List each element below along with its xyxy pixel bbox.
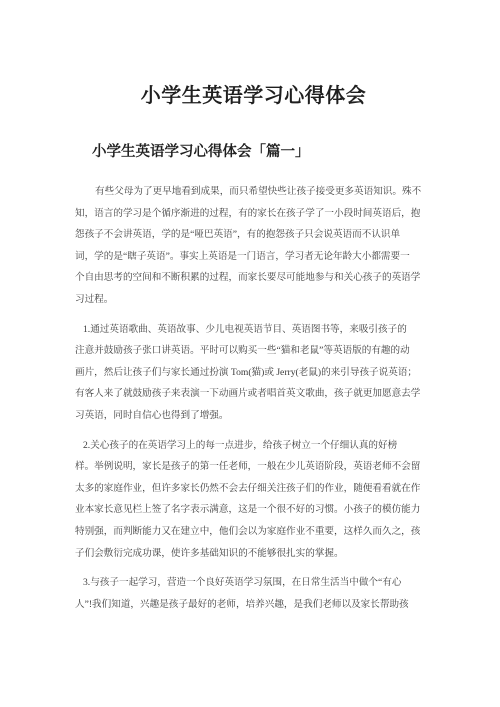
text-line: 习英语，同时自信心也得到了增强。	[75, 405, 432, 427]
text-line: 有客人来了就鼓励孩子来表演一下动画片或者唱首英文歌曲，孩子就更加愿意去学	[75, 383, 432, 405]
text-line: 业本家长意见栏上签了名字表示满意，这是一个很不好的习惯。小孩子的模仿能力	[75, 499, 432, 521]
text-line: 注意并鼓励孩子张口讲英语。平时可以购买一些“猫和老鼠”等英语版的有趣的动	[75, 340, 432, 362]
text-line: 特别强，而判断能力又在建立中，他们会以为家庭作业不重要，这样久而久之，孩	[75, 521, 432, 543]
text-line: 太多的家庭作业，但许多家长仍然不会去仔细关注孩子们的作业，随便看看就在作	[75, 478, 432, 500]
text-line: 知，语言的学习是个循序渐进的过程，有的家长在孩子学了一小段时间英语后，抱	[75, 203, 432, 225]
paragraph-point-3: 3.与孩子一起学习，营造一个良好英语学习氛围，在日常生活当中做个“有心 人”!我…	[75, 572, 432, 615]
text-line: 怨孩子不会讲英语，学的是“哑巴英语”，有的抱怨孩子只会说英语而不认识单	[75, 224, 432, 246]
text-line: 1.通过英语歌曲、英语故事、少儿电视英语节目、英语图书等，来吸引孩子的	[75, 319, 432, 341]
text-line: 个自由思考的空间和不断积累的过程，而家长要尽可能地参与和关心孩子的英语学	[75, 267, 432, 289]
text-line: 画片，然后让孩子们与家长通过扮演 Tom(猫)或 Jerry(老鼠)的来引导孩子…	[75, 362, 432, 384]
page-content: 小学生英语学习心得体会 小学生英语学习心得体会「篇一」 有些父母为了更早地看到成…	[75, 84, 432, 623]
page-title: 小学生英语学习心得体会	[75, 84, 432, 108]
section-heading: 小学生英语学习心得体会「篇一」	[92, 143, 432, 161]
text-line: 词，学的是“瞎子英语”。事实上英语是一门语言，学习者无论年龄大小都需要一	[75, 246, 432, 268]
text-line: 人”!我们知道，兴趣是孩子最好的老师，培养兴趣，是我们老师以及家长帮助孩	[75, 594, 432, 616]
paragraph-intro: 有些父母为了更早地看到成果，而只希望快些让孩子接受更多英语知识。殊不 知，语言的…	[75, 181, 432, 311]
text-line: 2.关心孩子的在英语学习上的每一点进步，给孩子树立一个仔细认真的好榜	[75, 435, 432, 457]
text-line: 习过程。	[75, 289, 432, 311]
text-line: 有些父母为了更早地看到成果，而只希望快些让孩子接受更多英语知识。殊不	[75, 181, 432, 203]
document-body: 有些父母为了更早地看到成果，而只希望快些让孩子接受更多英语知识。殊不 知，语言的…	[75, 181, 432, 615]
text-line: 3.与孩子一起学习，营造一个良好英语学习氛围，在日常生活当中做个“有心	[75, 572, 432, 594]
document-page: 小学生英语学习心得体会 小学生英语学习心得体会「篇一」 有些父母为了更早地看到成…	[0, 0, 500, 707]
text-line: 子们会敷衍完成功课，使许多基础知识的不能够很扎实的掌握。	[75, 543, 432, 565]
paragraph-point-2: 2.关心孩子的在英语学习上的每一点进步，给孩子树立一个仔细认真的好榜 样。举例说…	[75, 435, 432, 565]
text-line: 样。举例说明，家长是孩子的第一任老师，一般在少儿英语阶段，英语老师不会留	[75, 456, 432, 478]
paragraph-point-1: 1.通过英语歌曲、英语故事、少儿电视英语节目、英语图书等，来吸引孩子的 注意并鼓…	[75, 319, 432, 427]
